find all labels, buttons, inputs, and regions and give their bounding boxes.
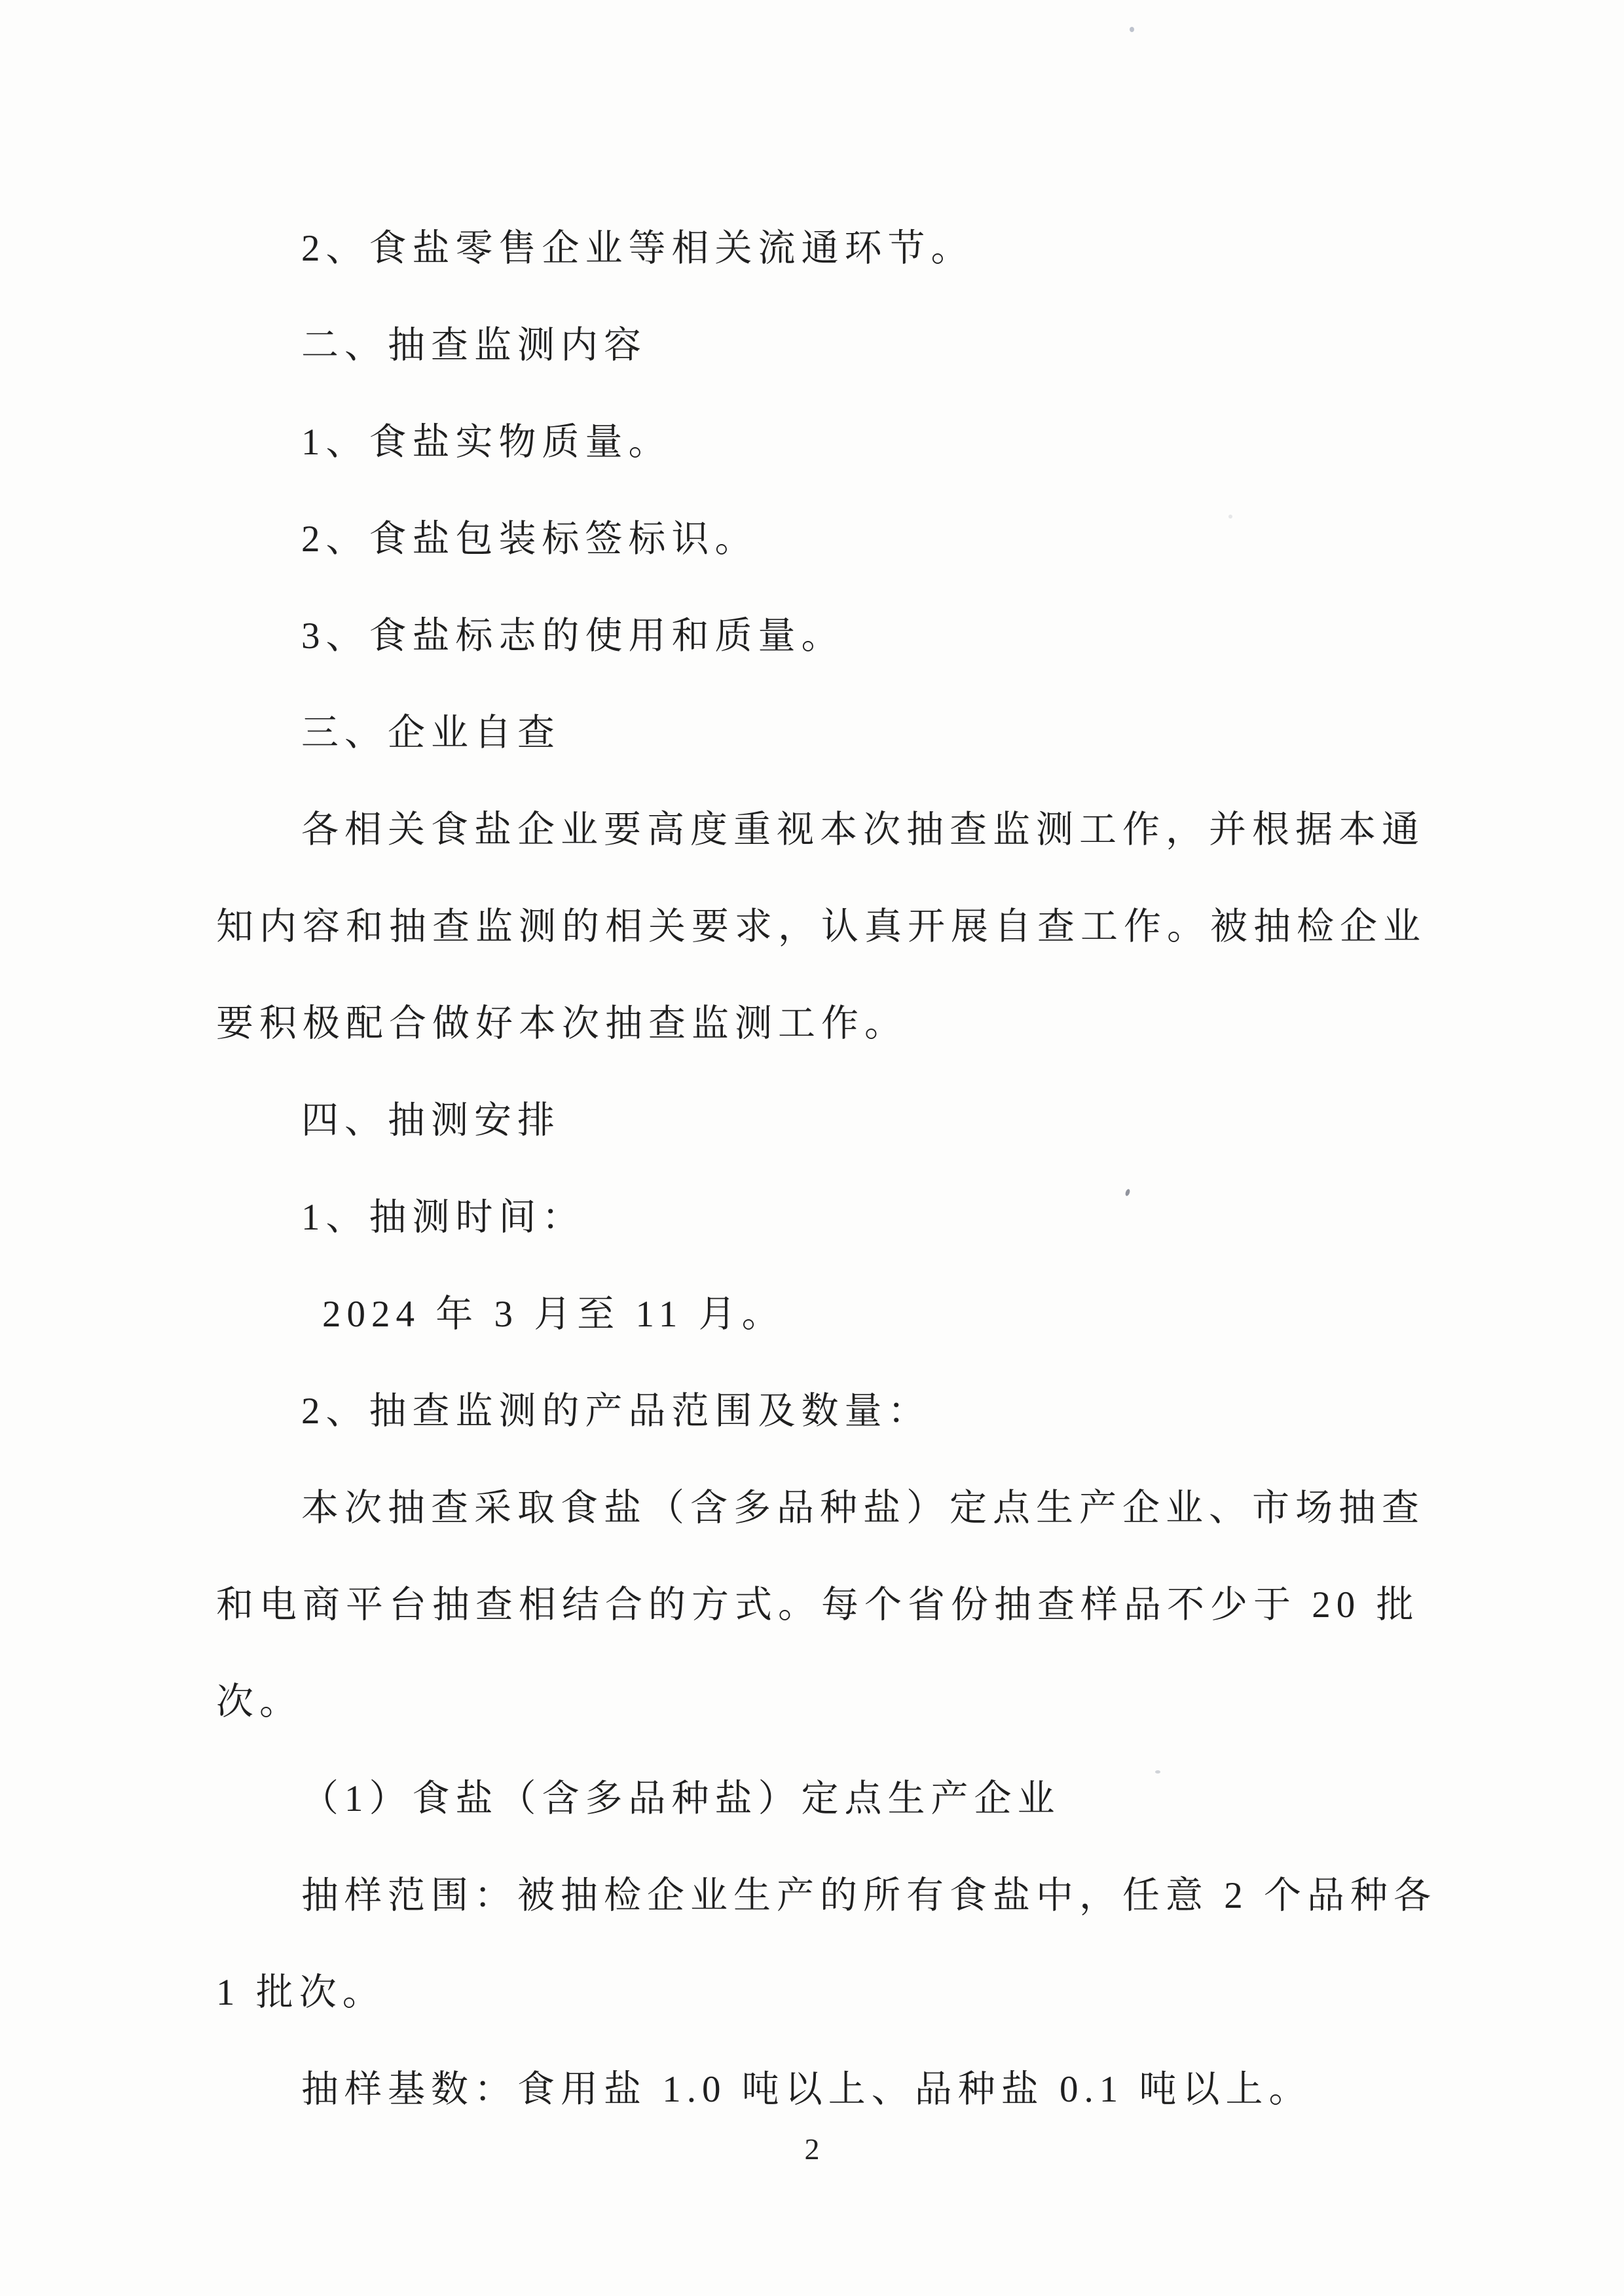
text-line: 各相关食盐企业要高度重视本次抽查监测工作，并根据本通	[216, 782, 1424, 879]
text-line: 次。	[216, 1654, 1424, 1751]
scan-speck	[1155, 1770, 1160, 1774]
text-line: 知内容和抽查监测的相关要求，认真开展自查工作。被抽检企业	[216, 879, 1424, 975]
text-line: 1、抽测时间：	[216, 1169, 1424, 1266]
document-page: 2、食盐零售企业等相关流通环节。 二、抽查监测内容 1、食盐实物质量。 2、食盐…	[0, 0, 1624, 2296]
text-line: 四、抽测安排	[216, 1072, 1424, 1169]
text-line: 本次抽查采取食盐（含多品种盐）定点生产企业、市场抽查	[216, 1460, 1424, 1557]
text-line: 1 批次。	[216, 1944, 1424, 2041]
text-line: （1）食盐（含多品种盐）定点生产企业	[216, 1751, 1424, 1848]
page-number: 2	[0, 2129, 1624, 2170]
document-body: 2、食盐零售企业等相关流通环节。 二、抽查监测内容 1、食盐实物质量。 2、食盐…	[216, 200, 1424, 2138]
text-line: 抽样基数：食用盐 1.0 吨以上、品种盐 0.1 吨以上。	[216, 2041, 1424, 2138]
scan-speck	[1228, 515, 1232, 519]
text-line: 三、企业自查	[216, 685, 1424, 782]
text-line: 2024 年 3 月至 11 月。	[216, 1266, 1424, 1363]
text-line: 2、食盐包装标签标识。	[216, 491, 1424, 588]
text-line: 3、食盐标志的使用和质量。	[216, 588, 1424, 685]
text-line: 和电商平台抽查相结合的方式。每个省份抽查样品不少于 20 批	[216, 1557, 1424, 1654]
text-line: 2、抽查监测的产品范围及数量：	[216, 1363, 1424, 1460]
scan-speck	[1130, 27, 1134, 32]
text-line: 抽样范围：被抽检企业生产的所有食盐中，任意 2 个品种各	[216, 1848, 1424, 1944]
text-line: 2、食盐零售企业等相关流通环节。	[216, 200, 1424, 297]
text-line: 1、食盐实物质量。	[216, 394, 1424, 491]
text-line: 要积极配合做好本次抽查监测工作。	[216, 975, 1424, 1072]
text-line: 二、抽查监测内容	[216, 297, 1424, 394]
